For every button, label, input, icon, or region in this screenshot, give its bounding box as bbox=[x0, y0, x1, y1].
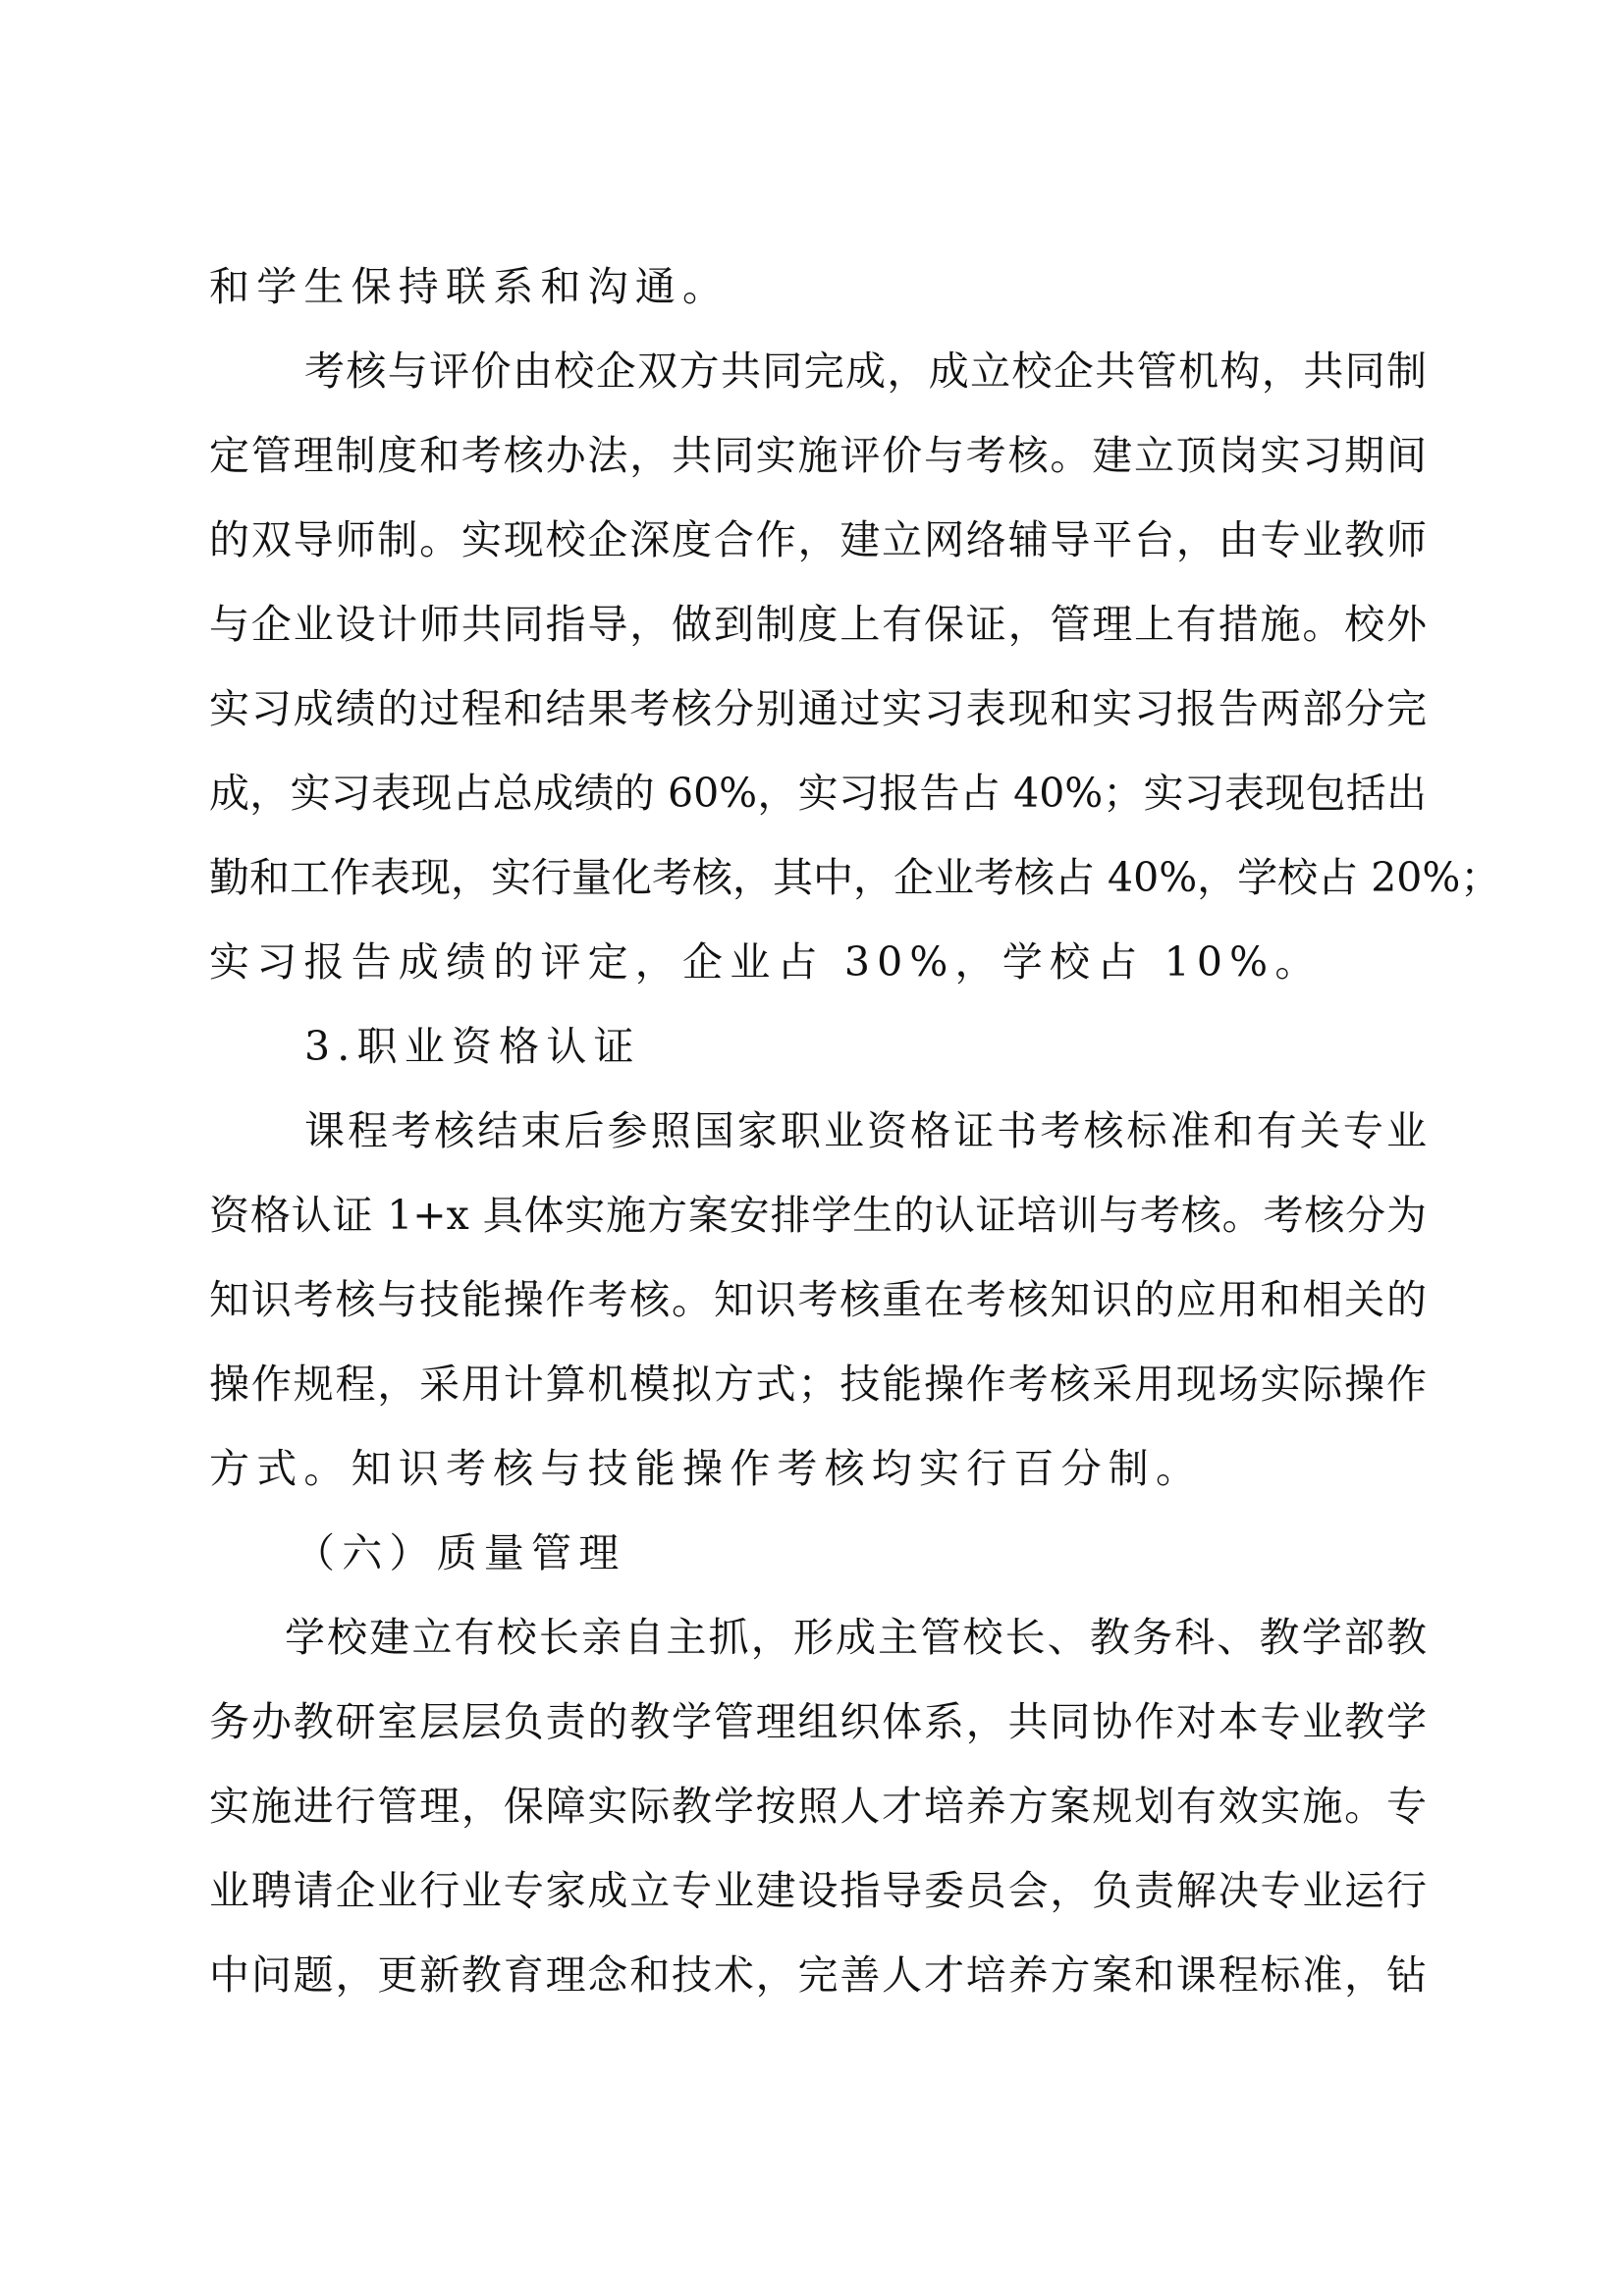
document-page: 和学生保持联系和沟通。 考核与评价由校企双方共同完成，成立校企共管机构，共同制 … bbox=[0, 0, 1624, 2296]
paragraph-assessment-line-6: 成，实习表现占总成绩的 60%，实习报告占 40%；实习表现包括出 bbox=[209, 764, 1427, 823]
paragraph-certification-line-5: 方式。知识考核与技能操作考核均实行百分制。 bbox=[209, 1439, 1427, 1498]
paragraph-certification-line-1: 课程考核结束后参照国家职业资格证书考核标准和有关专业 bbox=[304, 1101, 1427, 1160]
paragraph-certification-line-3: 知识考核与技能操作考核。知识考核重在考核知识的应用和相关的 bbox=[209, 1270, 1427, 1329]
paragraph-assessment-line-1: 考核与评价由校企双方共同完成，成立校企共管机构，共同制 bbox=[304, 342, 1427, 400]
paragraph-certification-line-4: 操作规程，采用计算机模拟方式；技能操作考核采用现场实际操作 bbox=[209, 1355, 1427, 1414]
paragraph-quality-line-4: 业聘请企业行业专家成立专业建设指导委员会，负责解决专业运行 bbox=[209, 1861, 1427, 1920]
section-heading-certification: 3.职业资格认证 bbox=[304, 1017, 1522, 1076]
paragraph-quality-line-3: 实施进行管理，保障实际教学按照人才培养方案规划有效实施。专 bbox=[209, 1777, 1427, 1836]
paragraph-continuation-line: 和学生保持联系和沟通。 bbox=[209, 257, 1427, 316]
paragraph-assessment-line-4: 与企业设计师共同指导，做到制度上有保证，管理上有措施。校外 bbox=[209, 595, 1427, 654]
paragraph-quality-line-5: 中问题，更新教育理念和技术，完善人才培养方案和课程标准，钻 bbox=[209, 1946, 1427, 2004]
paragraph-certification-line-2: 资格认证 1+x 具体实施方案安排学生的认证培训与考核。考核分为 bbox=[209, 1186, 1427, 1245]
paragraph-assessment-line-7: 勤和工作表现，实行量化考核，其中，企业考核占 40%，学校占 20%； bbox=[209, 848, 1427, 907]
paragraph-assessment-line-5: 实习成绩的过程和结果考核分别通过实习表现和实习报告两部分完 bbox=[209, 679, 1427, 738]
paragraph-quality-line-1: 学校建立有校长亲自主抓，形成主管校长、教务科、教学部教 bbox=[285, 1608, 1427, 1667]
paragraph-assessment-line-8: 实习报告成绩的评定，企业占 30%，学校占 10%。 bbox=[209, 933, 1427, 991]
paragraph-quality-line-2: 务办教研室层层负责的教学管理组织体系，共同协作对本专业教学 bbox=[209, 1692, 1427, 1751]
section-heading-quality-management: （六）质量管理 bbox=[295, 1523, 1512, 1582]
paragraph-assessment-line-2: 定管理制度和考核办法，共同实施评价与考核。建立顶岗实习期间 bbox=[209, 426, 1427, 485]
paragraph-assessment-line-3: 的双导师制。实现校企深度合作，建立网络辅导平台，由专业教师 bbox=[209, 510, 1427, 569]
